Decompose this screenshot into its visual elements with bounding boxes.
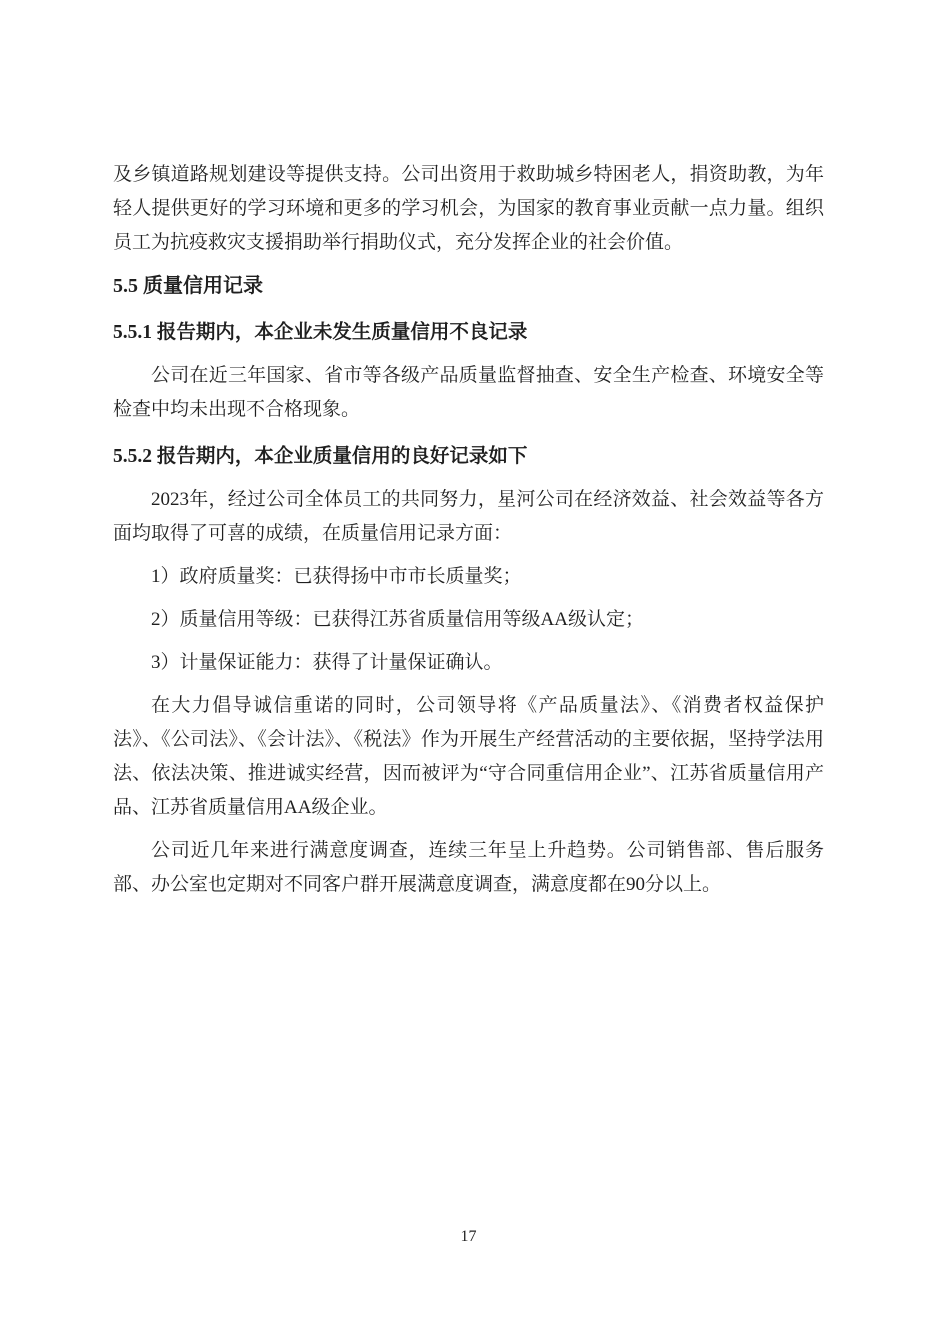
page-number: 17 [0,1227,937,1247]
continuation-paragraph: 及乡镇道路规划建设等提供支持。公司出资用于救助城乡特困老人，捐资助教，为年轻人提… [113,158,824,260]
list-item-government-quality-award: 1）政府质量奖：已获得扬中市市长质量奖； [113,560,824,594]
subsection-heading-5-5-1: 5.5.1 报告期内，本企业未发生质量信用不良记录 [113,316,824,350]
list-item-credit-rating: 2）质量信用等级：已获得江苏省质量信用等级AA级认定； [113,603,824,637]
list-item-measurement-assurance: 3）计量保证能力：获得了计量保证确认。 [113,646,824,680]
paragraph-inspection-record: 公司在近三年国家、省市等各级产品质量监督抽查、安全生产检查、环境安全等检查中均未… [113,359,824,427]
paragraph-law-compliance: 在大力倡导诚信重诺的同时，公司领导将《产品质量法》、《消费者权益保护法》、《公司… [113,689,824,825]
section-heading-5-5: 5.5 质量信用记录 [113,269,824,303]
paragraph-satisfaction-survey: 公司近几年来进行满意度调查，连续三年呈上升趋势。公司销售部、售后服务部、办公室也… [113,834,824,902]
document-page: 及乡镇道路规划建设等提供支持。公司出资用于救助城乡特困老人，捐资助教，为年轻人提… [0,0,937,1325]
paragraph-achievements: 2023年，经过公司全体员工的共同努力，星河公司在经济效益、社会效益等各方面均取… [113,483,824,551]
subsection-heading-5-5-2: 5.5.2 报告期内，本企业质量信用的良好记录如下 [113,440,824,474]
